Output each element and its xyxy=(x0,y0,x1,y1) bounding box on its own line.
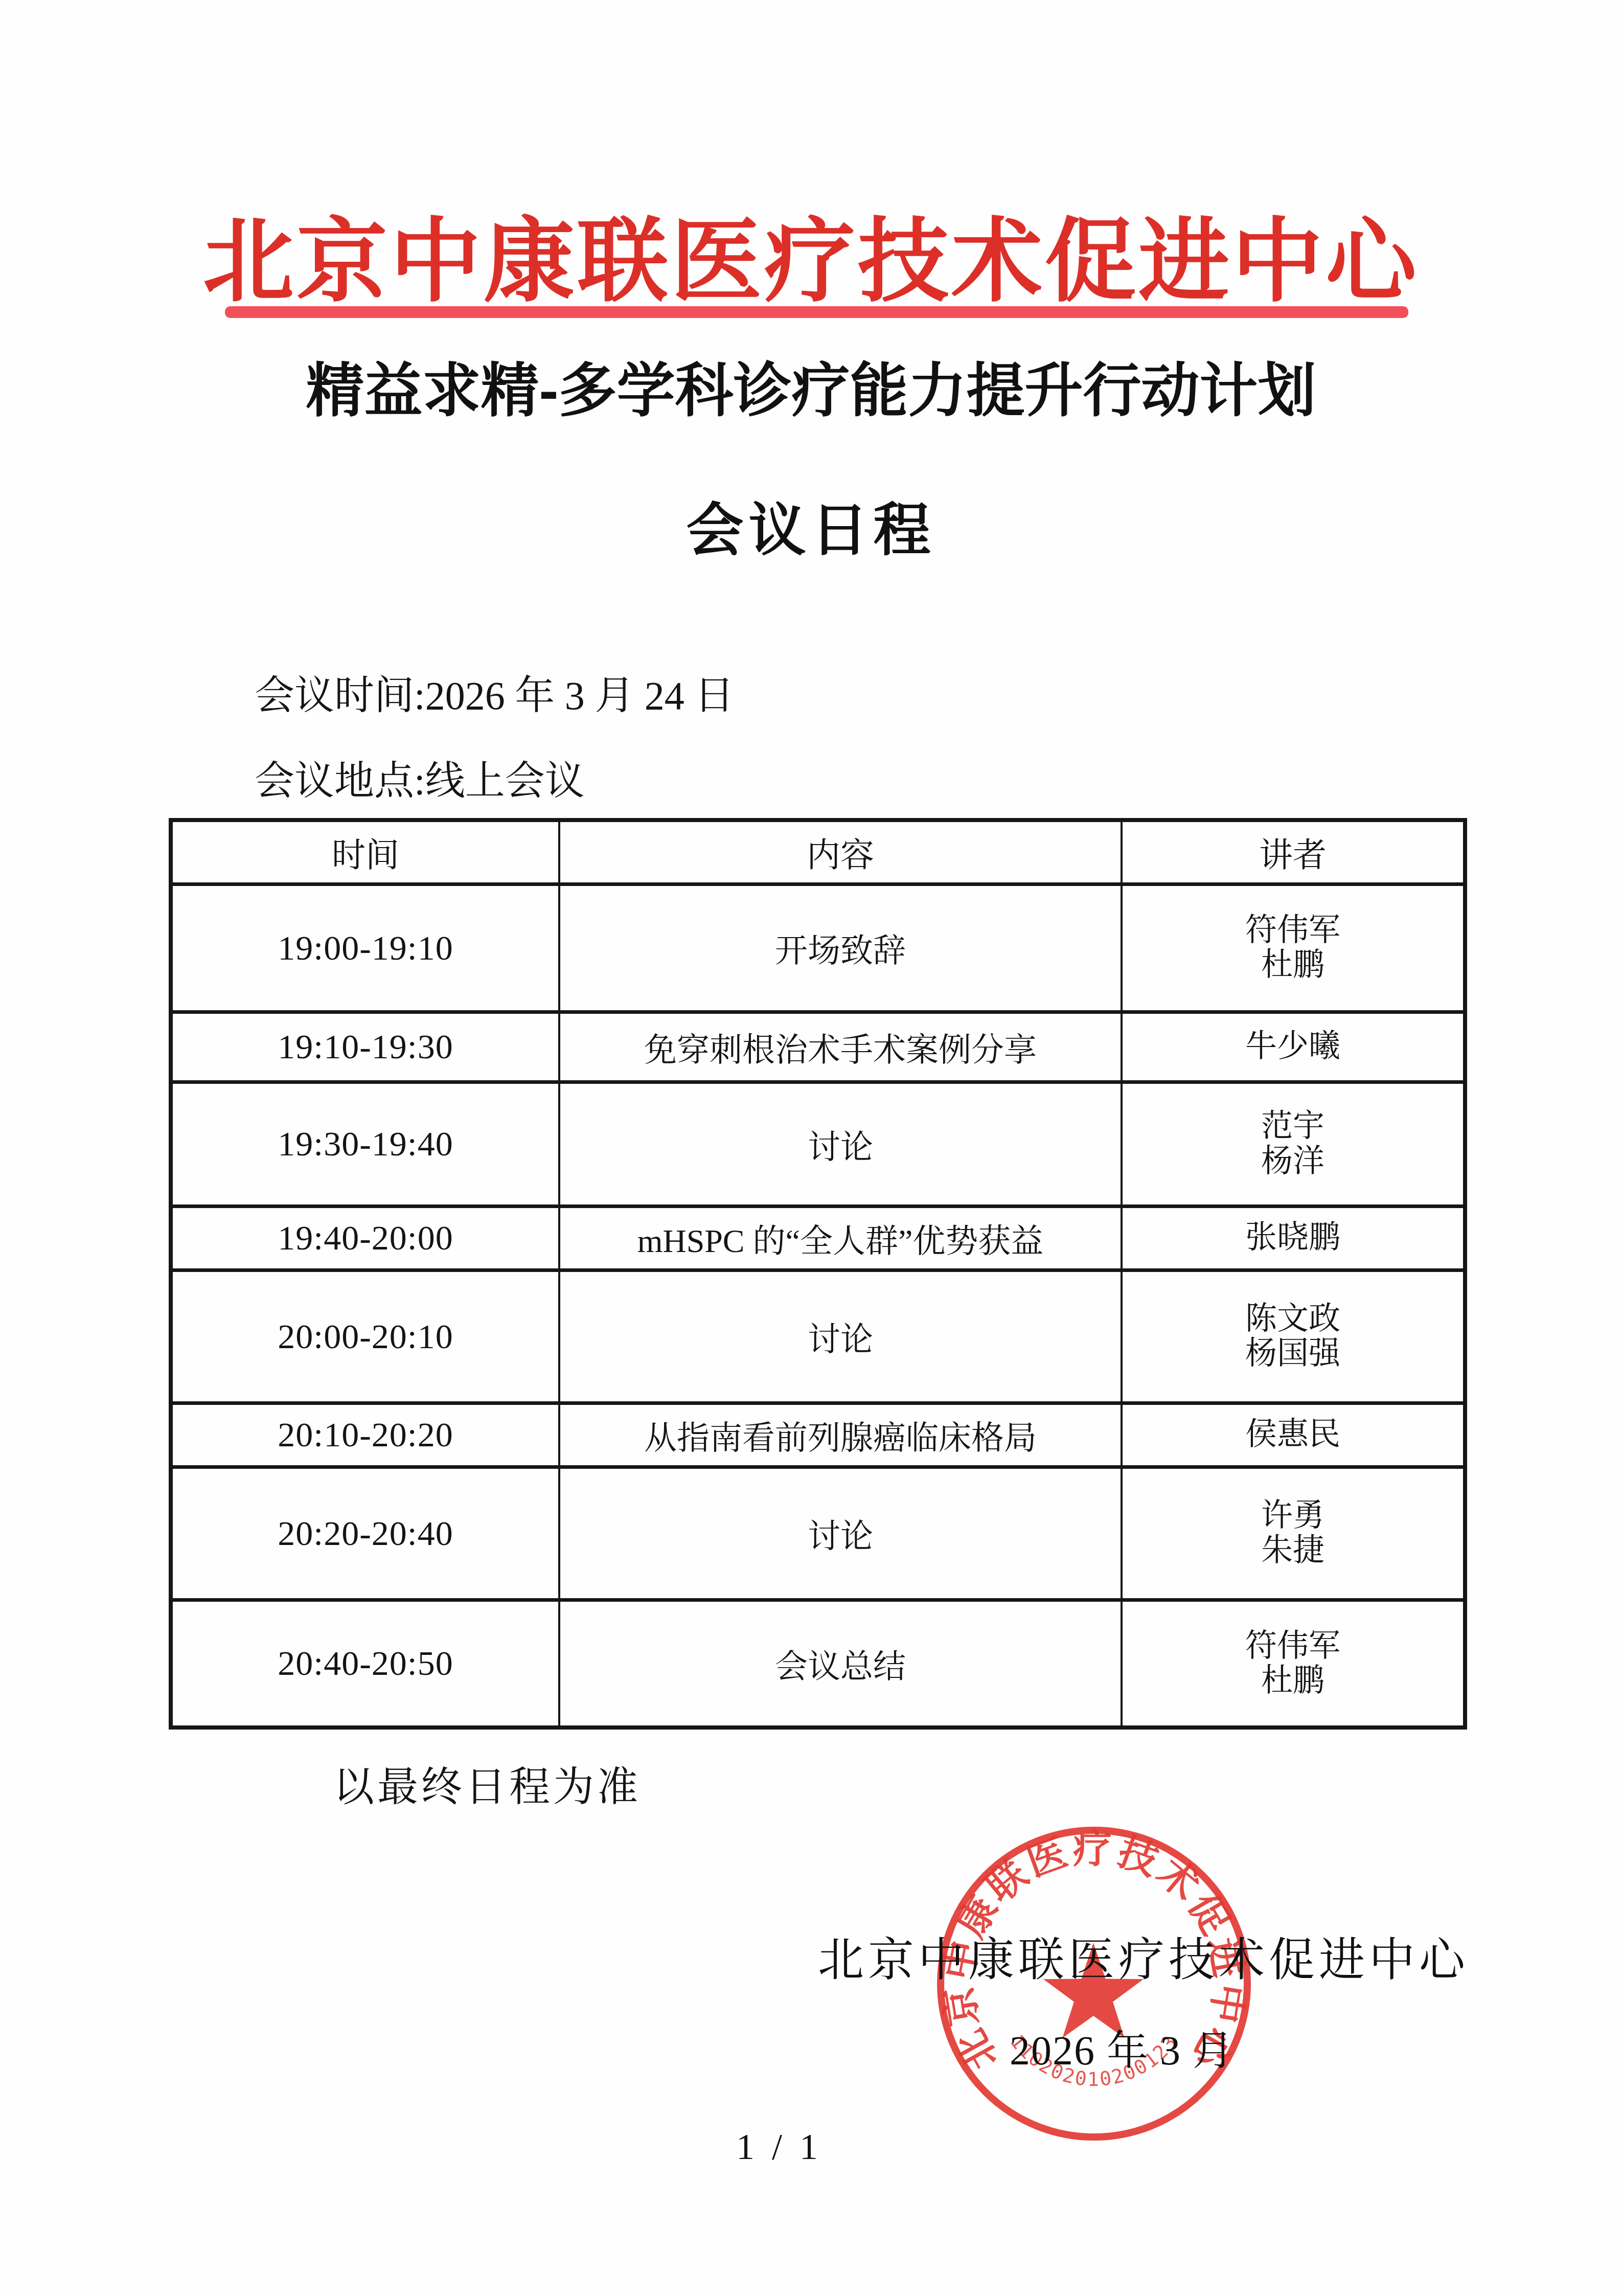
table-row: 20:20-20:40 讨论 许勇 朱捷 xyxy=(171,1467,1465,1600)
cell-content: mHSPC 的“全人群”优势获益 xyxy=(559,1206,1122,1270)
cell-speakers: 侯惠民 xyxy=(1122,1403,1465,1467)
speaker: 许勇 xyxy=(1261,1498,1324,1533)
cell-content: 免穿刺根治术手术案例分享 xyxy=(559,1012,1122,1082)
cell-speakers: 符伟军 杜鹏 xyxy=(1122,1600,1465,1727)
cell-time: 19:00-19:10 xyxy=(171,884,559,1012)
table-row: 20:10-20:20 从指南看前列腺癌临床格局 侯惠民 xyxy=(171,1403,1465,1467)
document-page: 北京中康联医疗技术促进中心 精益求精-多学科诊疗能力提升行动计划 会议日程 会议… xyxy=(0,0,1622,2296)
table-row: 20:40-20:50 会议总结 符伟军 杜鹏 xyxy=(171,1600,1465,1727)
org-title: 北京中康联医疗技术促进中心 xyxy=(0,188,1622,319)
cell-speakers: 陈文政 杨国强 xyxy=(1122,1270,1465,1403)
speaker: 杨洋 xyxy=(1261,1144,1324,1179)
cell-speakers: 范宇 杨洋 xyxy=(1122,1082,1465,1206)
cell-time: 20:10-20:20 xyxy=(171,1403,559,1467)
speaker: 杜鹏 xyxy=(1261,948,1324,983)
cell-content: 开场致辞 xyxy=(559,884,1122,1012)
col-header-content: 内容 xyxy=(559,820,1122,884)
cell-time: 19:10-19:30 xyxy=(171,1012,559,1082)
cell-time: 19:40-20:00 xyxy=(171,1206,559,1270)
cell-speakers: 许勇 朱捷 xyxy=(1122,1467,1465,1600)
schedule-disclaimer: 以最终日程为准 xyxy=(333,1754,641,1812)
speaker: 范宇 xyxy=(1261,1109,1324,1144)
cell-speakers: 牛少曦 xyxy=(1122,1012,1465,1082)
signature-date: 2026 年 3 月 xyxy=(1010,2017,1235,2076)
speaker: 侯惠民 xyxy=(1245,1417,1340,1452)
speaker: 杜鹏 xyxy=(1261,1664,1324,1698)
table-row: 19:10-19:30 免穿刺根治术手术案例分享 牛少曦 xyxy=(171,1012,1465,1082)
speaker: 朱捷 xyxy=(1261,1533,1324,1568)
agenda-table: 时间 内容 讲者 19:00-19:10 开场致辞 符伟军 杜鹏 19:10-1… xyxy=(169,818,1467,1730)
cell-time: 19:30-19:40 xyxy=(171,1082,559,1206)
table-row: 19:00-19:10 开场致辞 符伟军 杜鹏 xyxy=(171,884,1465,1012)
cell-content: 讨论 xyxy=(559,1270,1122,1403)
speaker: 牛少曦 xyxy=(1245,1029,1340,1064)
speaker: 杨国强 xyxy=(1245,1336,1340,1371)
table-row: 19:30-19:40 讨论 范宇 杨洋 xyxy=(171,1082,1465,1206)
cell-time: 20:00-20:10 xyxy=(171,1270,559,1403)
table-row: 19:40-20:00 mHSPC 的“全人群”优势获益 张晓鹏 xyxy=(171,1206,1465,1270)
cell-time: 20:40-20:50 xyxy=(171,1600,559,1727)
col-header-time: 时间 xyxy=(171,820,559,884)
meeting-time: 会议时间:2026 年 3 月 24 日 xyxy=(255,664,734,721)
page-number: 1 / 1 xyxy=(736,2126,822,2168)
doc-title: 精益求精-多学科诊疗能力提升行动计划 xyxy=(0,344,1622,427)
speaker: 符伟军 xyxy=(1245,913,1340,948)
cell-speakers: 符伟军 杜鹏 xyxy=(1122,884,1465,1012)
table-row: 20:00-20:10 讨论 陈文政 杨国强 xyxy=(171,1270,1465,1403)
title-underline-rule xyxy=(225,306,1408,318)
speaker: 陈文政 xyxy=(1245,1302,1340,1336)
speaker: 符伟军 xyxy=(1245,1629,1340,1664)
meeting-location: 会议地点:线上会议 xyxy=(255,749,585,806)
cell-content: 会议总结 xyxy=(559,1600,1122,1727)
cell-content: 从指南看前列腺癌临床格局 xyxy=(559,1403,1122,1467)
cell-speakers: 张晓鹏 xyxy=(1122,1206,1465,1270)
doc-subtitle: 会议日程 xyxy=(0,485,1622,567)
col-header-speaker: 讲者 xyxy=(1122,820,1465,884)
signature-org: 北京中康联医疗技术促进中心 xyxy=(818,1922,1469,1989)
cell-content: 讨论 xyxy=(559,1082,1122,1206)
speaker: 张晓鹏 xyxy=(1245,1220,1340,1255)
cell-content: 讨论 xyxy=(559,1467,1122,1600)
table-header-row: 时间 内容 讲者 xyxy=(171,820,1465,884)
cell-time: 20:20-20:40 xyxy=(171,1467,559,1600)
